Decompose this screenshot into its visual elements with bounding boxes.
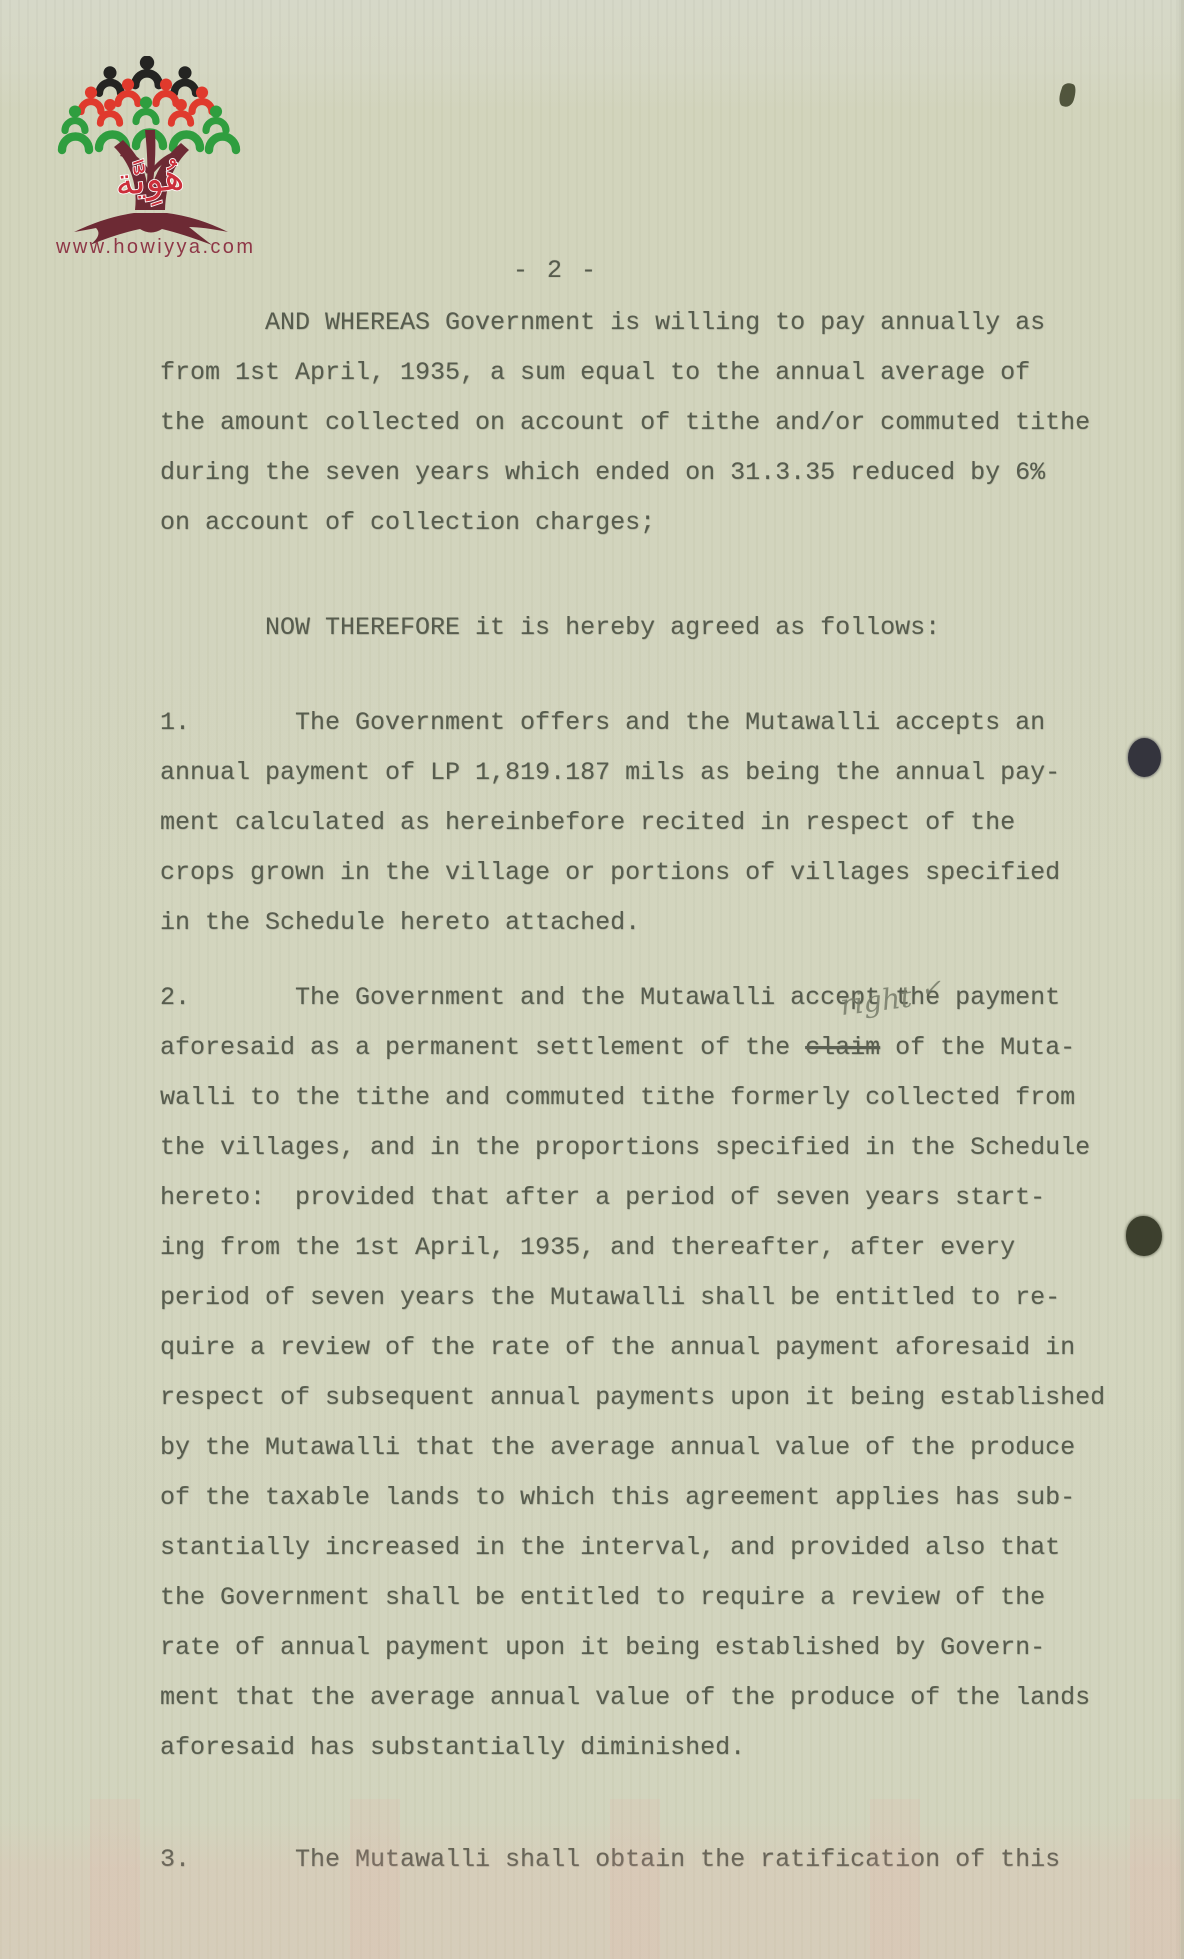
typewritten-line: of the taxable lands to which this agree… xyxy=(160,1473,1105,1523)
typewritten-line: aforesaid as a permanent settlement of t… xyxy=(160,1023,1105,1073)
paragraph-whereas: AND WHEREAS Government is willing to pay… xyxy=(160,298,1105,548)
typewritten-line: the villages, and in the proportions spe… xyxy=(160,1123,1105,1173)
ink-blot-mark xyxy=(1057,81,1079,108)
typewritten-line: 1. The Government offers and the Mutawal… xyxy=(160,698,1105,748)
typewritten-line: ment that the average annual value of th… xyxy=(160,1673,1105,1723)
check-mark-icon: ✓ xyxy=(921,973,942,1003)
typewritten-line: annual payment of LP 1,819.187 mils as b… xyxy=(160,748,1105,798)
logo-website-url: www.howiyya.com xyxy=(56,236,256,259)
black-dot-mark xyxy=(1128,738,1161,777)
typewritten-line: crops grown in the village or portions o… xyxy=(160,848,1105,898)
typewritten-line: rate of annual payment upon it being est… xyxy=(160,1623,1105,1673)
logo-people-black-icon xyxy=(99,56,195,93)
typewritten-line: ing from the 1st April, 1935, and therea… xyxy=(160,1223,1105,1273)
typewritten-line: during the seven years which ended on 31… xyxy=(160,448,1105,498)
typewritten-line: by the Mutawalli that the average annual… xyxy=(160,1423,1105,1473)
typewritten-line: from 1st April, 1935, a sum equal to the… xyxy=(160,348,1105,398)
typewritten-line: in the Schedule hereto attached. xyxy=(160,898,1105,948)
typewritten-line: quire a review of the rate of the annual… xyxy=(160,1323,1105,1373)
page-number: - 2 - xyxy=(513,256,598,285)
typewritten-line: 2. The Government and the Mutawalli acce… xyxy=(160,973,1105,1023)
paragraph-now-therefore: NOW THEREFORE it is hereby agreed as fol… xyxy=(160,603,1105,653)
typewritten-line: ment calculated as hereinbefore recited … xyxy=(160,798,1105,848)
typewritten-line: on account of collection charges; xyxy=(160,498,1105,548)
typewritten-line: 3. The Mutawalli shall obtain the ratifi… xyxy=(160,1835,1105,1885)
clause-3: 3. The Mutawalli shall obtain the ratifi… xyxy=(160,1835,1105,1885)
document-body: AND WHEREAS Government is willing to pay… xyxy=(160,298,1105,1885)
clause-1: 1. The Government offers and the Mutawal… xyxy=(160,698,1105,948)
black-dot-mark xyxy=(1126,1216,1162,1256)
typewritten-line: stantially increased in the interval, an… xyxy=(160,1523,1105,1573)
typewritten-line: the Government shall be entitled to requ… xyxy=(160,1573,1105,1623)
clause-2: 2. The Government and the Mutawalli acce… xyxy=(160,973,1105,1773)
typewritten-line: walli to the tithe and commuted tithe fo… xyxy=(160,1073,1105,1123)
typewritten-line: NOW THEREFORE it is hereby agreed as fol… xyxy=(160,603,1105,653)
typewritten-line: AND WHEREAS Government is willing to pay… xyxy=(160,298,1105,348)
typewritten-line: the amount collected on account of tithe… xyxy=(160,398,1105,448)
struck-word: claim xyxy=(805,1033,880,1062)
typewritten-line: period of seven years the Mutawalli shal… xyxy=(160,1273,1105,1323)
typewritten-line: aforesaid has substantially diminished. xyxy=(160,1723,1105,1773)
typewritten-line: respect of subsequent annual payments up… xyxy=(160,1373,1105,1423)
scanned-document-page: هُوِيَّة www.howiyya.com - 2 - AND WHERE… xyxy=(0,0,1184,1959)
typewritten-line: hereto: provided that after a period of … xyxy=(160,1173,1105,1223)
